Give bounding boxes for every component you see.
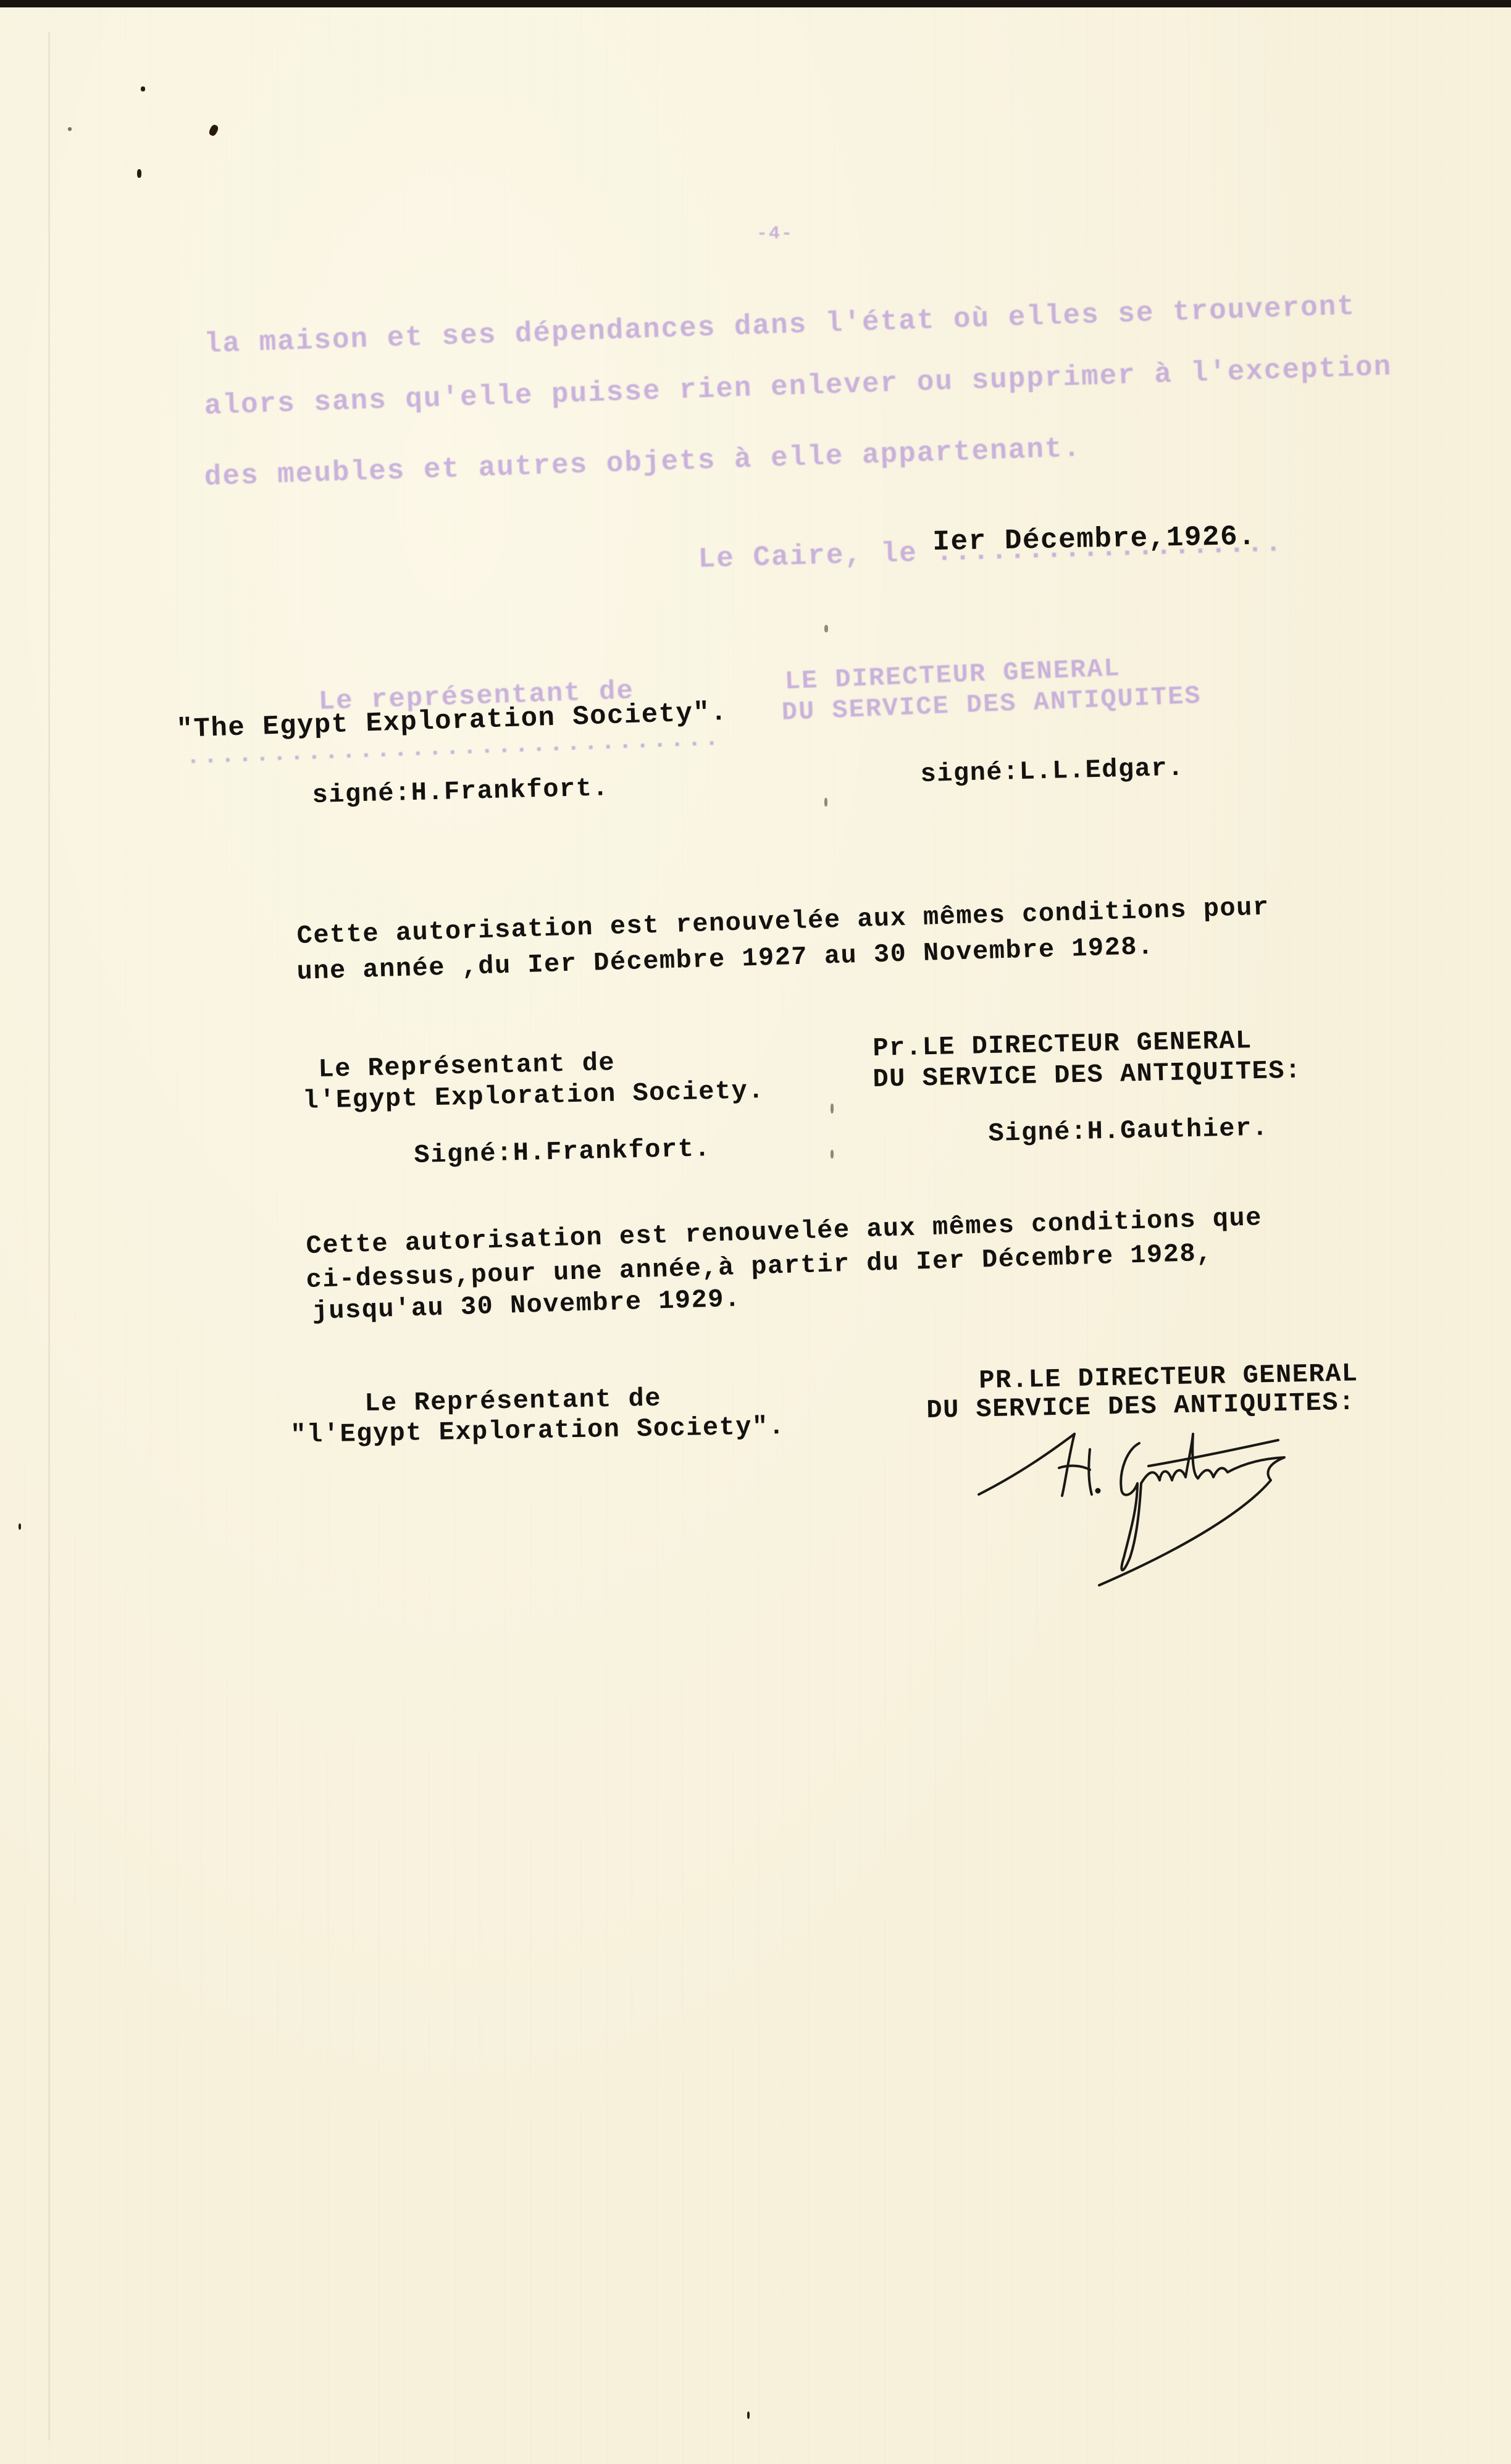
- paper-speck: [208, 124, 219, 136]
- paper-speck: [824, 798, 827, 807]
- paper-speck: [831, 1104, 834, 1113]
- carbon-line-2: alors sans qu'elle puisse rien enlever o…: [204, 351, 1392, 422]
- renewal1-signed-frankfort: Signé:H.Frankfort.: [414, 1134, 711, 1170]
- paper-speck: [747, 2412, 750, 2419]
- signed-edgar: signé:L.L.Edgar.: [920, 753, 1184, 789]
- renewal1-signed-gauthier: Signé:H.Gauthier.: [988, 1113, 1269, 1148]
- document-page: -4- la maison et ses dépendances dans l'…: [0, 7, 1511, 2464]
- carbon-line-3: des meubles et autres objets à elle appa…: [204, 432, 1082, 493]
- signed-frankfort-1: signé:H.Frankfort.: [312, 773, 609, 810]
- paper-speck: [824, 625, 828, 632]
- renewal1-rep-title-1: Le Représentant de: [318, 1048, 616, 1084]
- paper-speck: [68, 127, 72, 131]
- carbon-line-1: la maison et ses dépendances dans l'état…: [204, 290, 1356, 361]
- document-date: Ier Décembre,1926.: [932, 521, 1257, 558]
- renewal2-rep-title-1: Le Représentant de: [364, 1384, 661, 1418]
- paper-speck: [19, 1523, 21, 1530]
- paper-speck: [137, 169, 141, 178]
- page-number: -4-: [756, 224, 793, 245]
- gauthier-signature: [976, 1422, 1358, 1588]
- paper-speck: [141, 86, 145, 91]
- paper-fold-line: [48, 32, 50, 2441]
- paper-speck: [831, 1150, 834, 1159]
